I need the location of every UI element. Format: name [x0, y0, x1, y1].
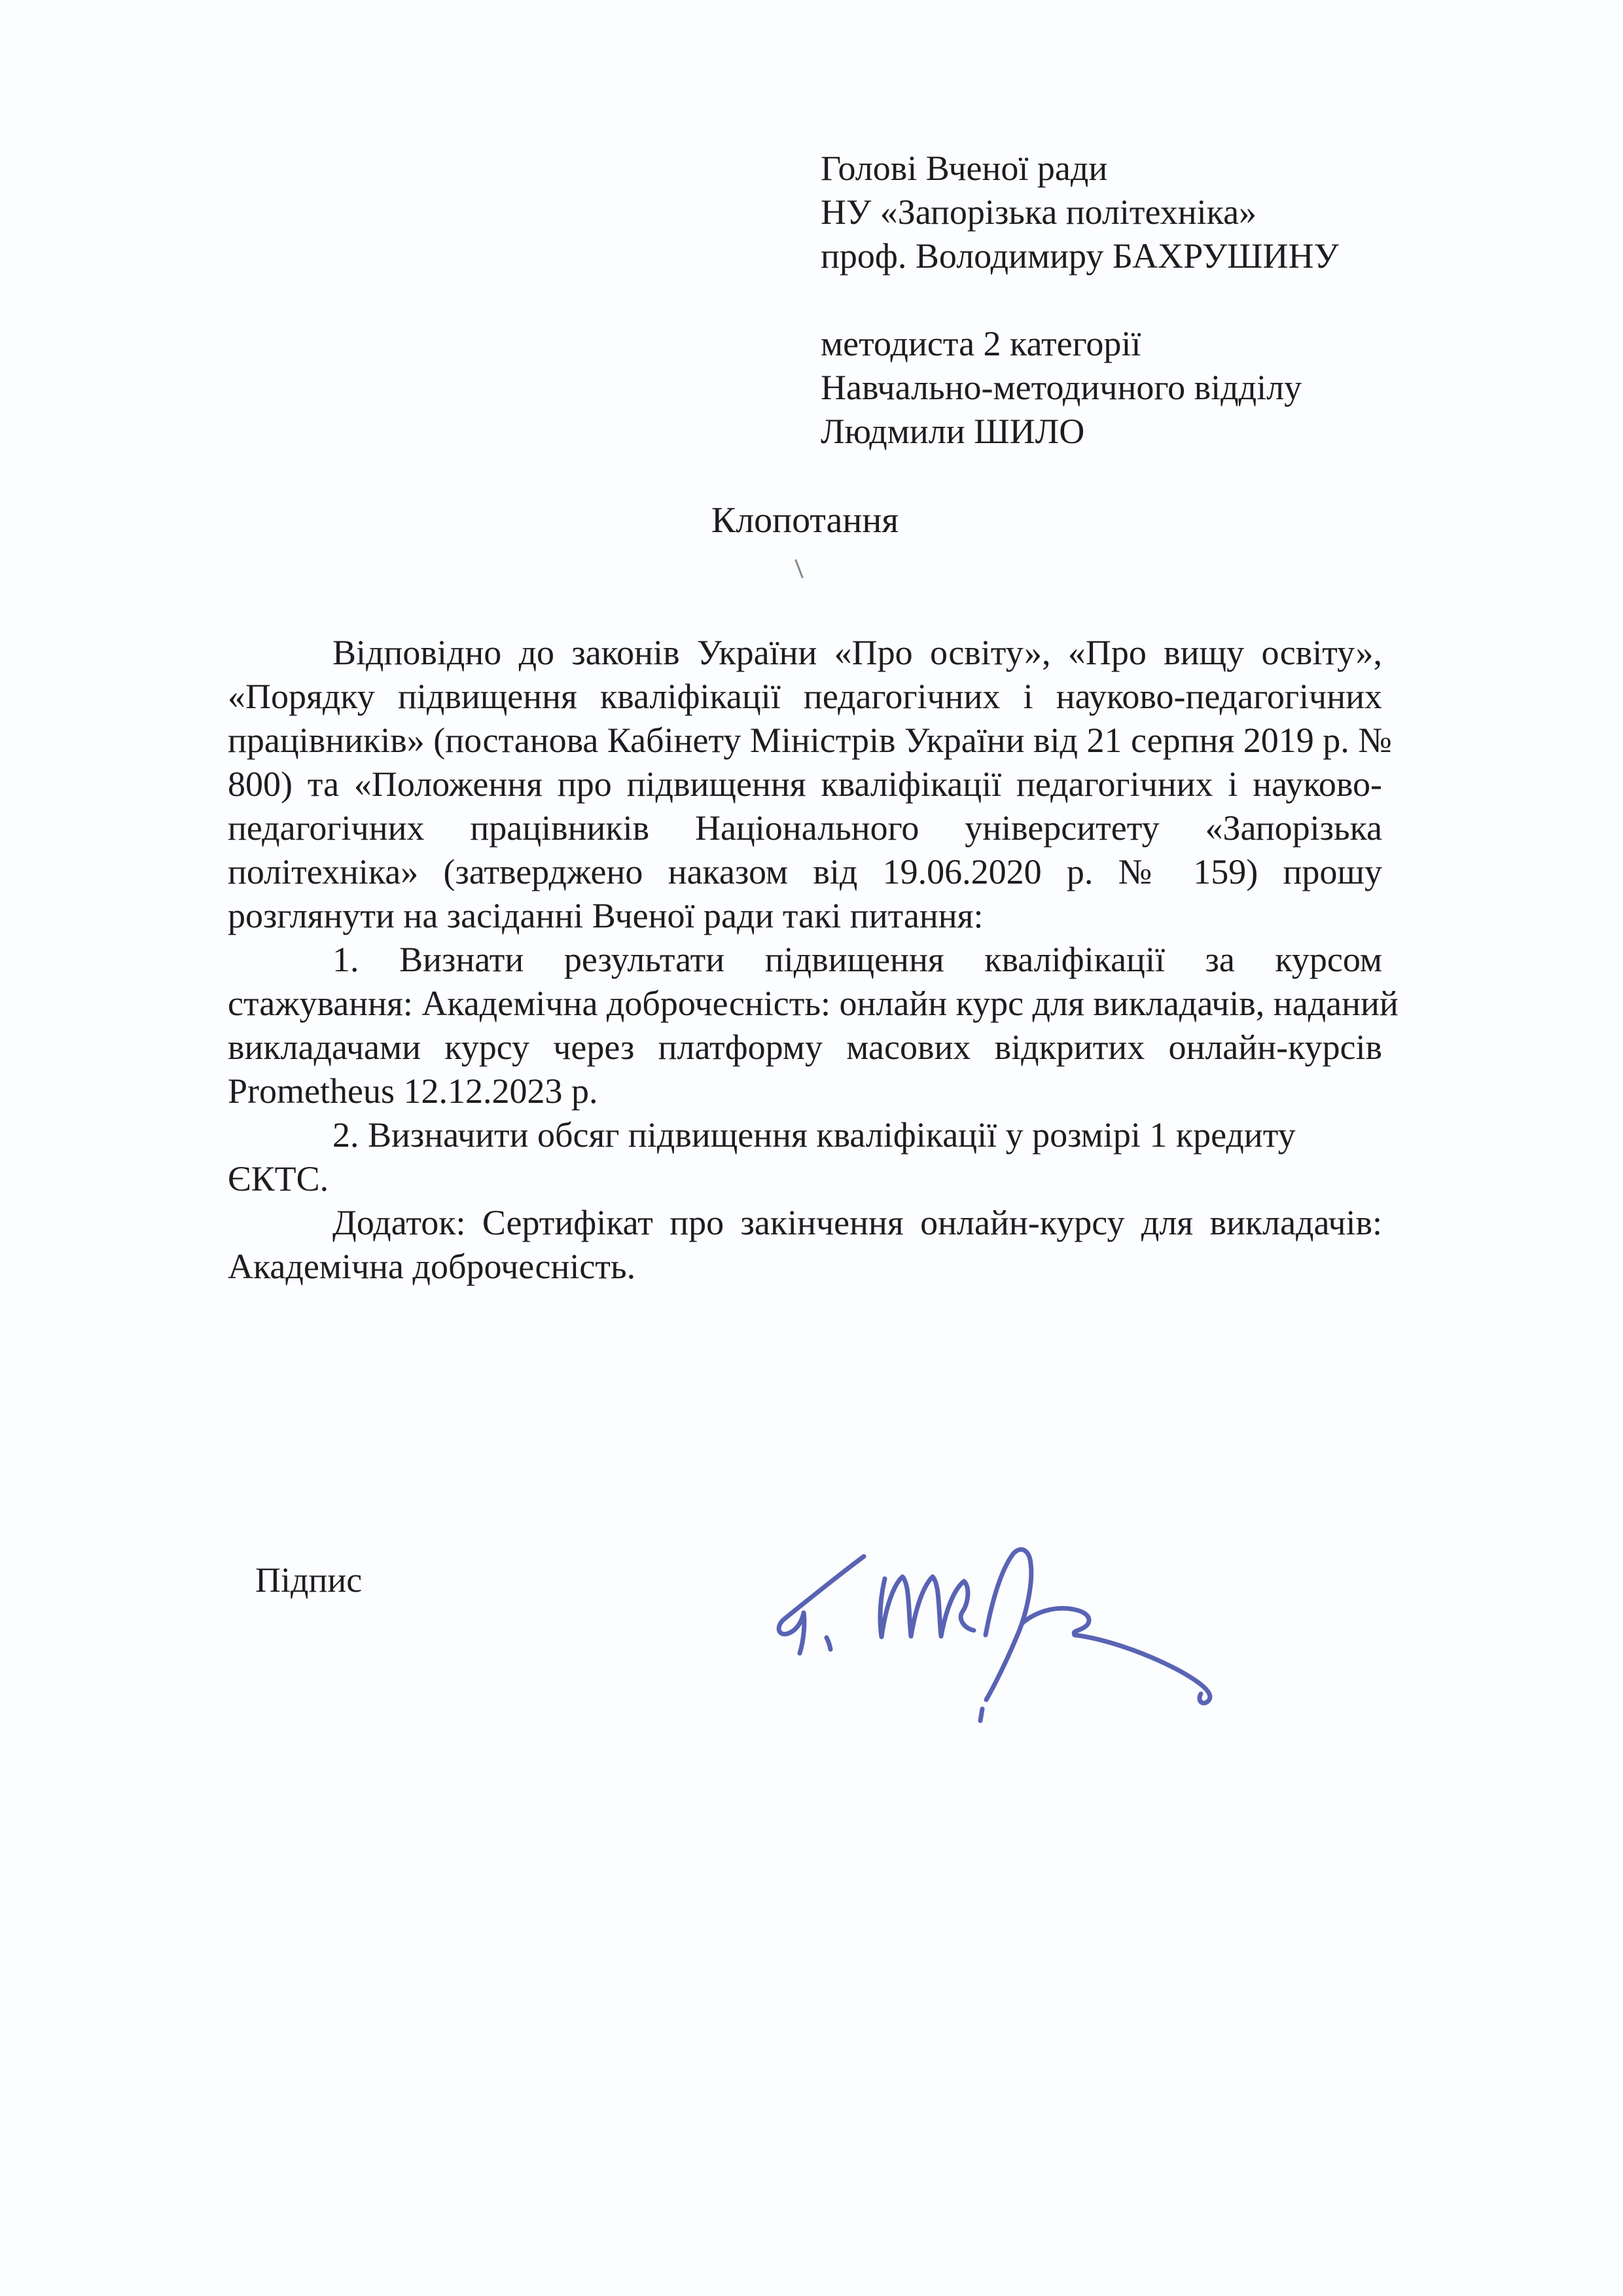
- signature-label: Підпис: [255, 1558, 362, 1602]
- address-block: Голові Вченої радиНУ «Запорізька політех…: [821, 147, 1410, 454]
- body-line: викладачами курсу через платформу масови…: [228, 1026, 1382, 1069]
- body-line: Prometheus 12.12.2023 р.: [228, 1069, 1382, 1113]
- body-line: 800) та «Положення про підвищення кваліф…: [228, 762, 1382, 806]
- body-line: 1. Визнати результати підвищення кваліфі…: [228, 938, 1382, 982]
- recipient-line: НУ «Запорізька політехніка»: [821, 190, 1410, 234]
- signature-stroke: [986, 1549, 1031, 1700]
- signature-stroke: [880, 1577, 974, 1637]
- applicant-line: Людмили ШИЛО: [821, 410, 1410, 454]
- scanned-letter-page: Голові Вченої радиНУ «Запорізька політех…: [0, 0, 1623, 2296]
- recipient-lines: Голові Вченої радиНУ «Запорізька політех…: [821, 147, 1410, 278]
- handwritten-signature: [753, 1492, 1276, 1728]
- applicant-lines: методиста 2 категоріїНавчально-методично…: [821, 322, 1410, 454]
- recipient-line: Голові Вченої ради: [821, 147, 1410, 190]
- recipient-line: проф. Володимиру БАХРУШИНУ: [821, 234, 1410, 278]
- signature-stroke: [980, 1709, 982, 1721]
- signature-stroke: [1022, 1608, 1210, 1703]
- signature-stroke: [779, 1556, 864, 1653]
- body-line: розглянути на засіданні Вченої ради такі…: [228, 894, 1382, 938]
- body-line: педагогічних працівників Національного у…: [228, 806, 1382, 850]
- document-title: Клопотання: [228, 499, 1382, 543]
- body-line: Додаток: Сертифікат про закінчення онлай…: [228, 1201, 1382, 1245]
- scan-artifact: [792, 558, 808, 580]
- blank-line: [821, 278, 1410, 322]
- body-text: Відповідно до законів України «Про освіт…: [228, 631, 1382, 1289]
- body-line: 2. Визначити обсяг підвищення кваліфікац…: [228, 1113, 1382, 1157]
- body-line: працівників» (постанова Кабінету Міністр…: [228, 719, 1382, 762]
- applicant-line: Навчально-методичного відділу: [821, 366, 1410, 410]
- signature-stroke: [827, 1638, 830, 1649]
- body-line: стажування: Академічна доброчесність: он…: [228, 982, 1382, 1026]
- applicant-line: методиста 2 категорії: [821, 322, 1410, 366]
- body-line: політехніка» (затверджено наказом від 19…: [228, 850, 1382, 894]
- body-line: ЄКТС.: [228, 1157, 1382, 1201]
- body-line: Відповідно до законів України «Про освіт…: [228, 631, 1382, 675]
- body-line: Академічна доброчесність.: [228, 1245, 1382, 1289]
- body-line: «Порядку підвищення кваліфікації педагог…: [228, 675, 1382, 719]
